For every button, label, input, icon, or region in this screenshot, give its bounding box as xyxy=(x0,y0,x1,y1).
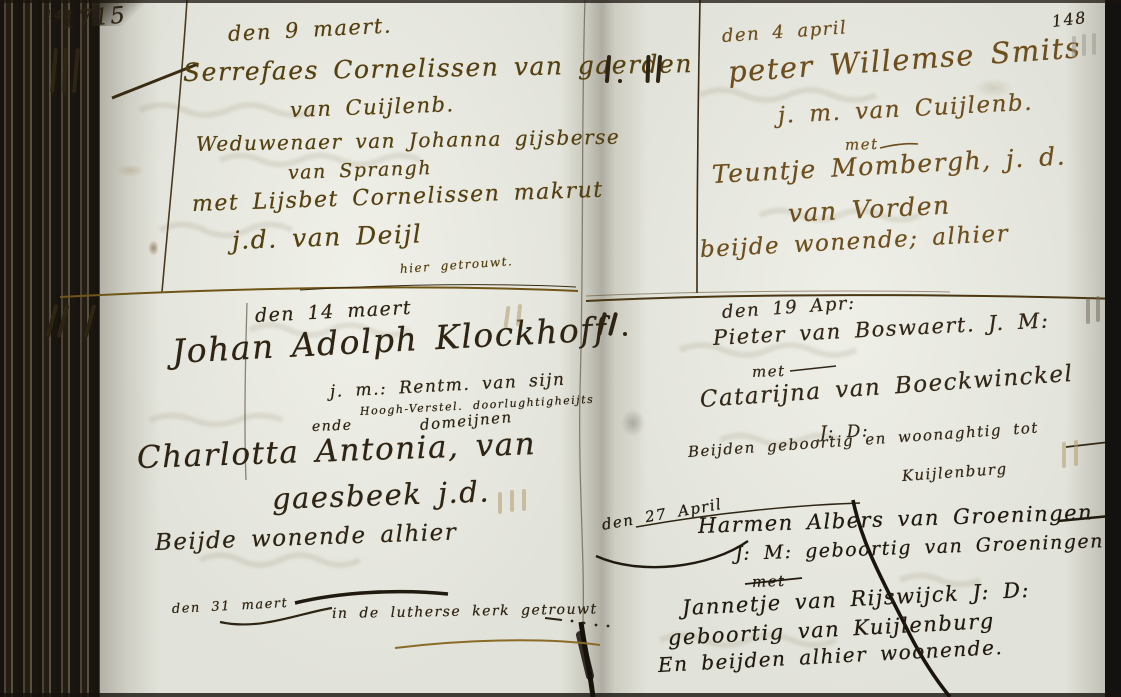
faint-tally-stain xyxy=(1086,298,1090,324)
tally-stroke xyxy=(646,55,651,83)
tally-marks-left-entry2 xyxy=(50,304,92,338)
faint-tally-stain xyxy=(510,490,514,512)
tally-marks-right-entry1 xyxy=(606,55,661,83)
tally-stroke xyxy=(50,48,58,93)
faint-tally-stain xyxy=(1074,440,1078,466)
tally-stroke xyxy=(57,304,70,338)
top-book-edge xyxy=(0,0,1121,3)
faint-tally-stain xyxy=(1096,296,1100,322)
faint-tally-stain xyxy=(522,489,526,511)
ink-stain xyxy=(148,240,159,256)
faint-tally-stain xyxy=(498,492,502,514)
bottom-book-edge xyxy=(0,693,1121,697)
tally-stroke xyxy=(62,48,68,93)
tally-marks-right-entry2 xyxy=(600,312,628,336)
ink-speckle-stain xyxy=(620,408,646,438)
tally-gap xyxy=(630,55,639,56)
tally-stroke xyxy=(605,55,611,83)
tally-marks-left-entry1 xyxy=(52,48,78,93)
conjunction-met: met xyxy=(752,572,786,591)
faint-tally-stain xyxy=(1082,34,1086,56)
faint-tally-stain xyxy=(1072,36,1076,58)
tally-stroke xyxy=(608,312,618,336)
faint-tally-stain xyxy=(1092,33,1096,55)
marriage-register-spread: 147 1715 den 9 maert. Serrefaes Cornelis… xyxy=(0,0,1121,697)
right-page-edge xyxy=(1105,0,1121,697)
faint-tally-stain xyxy=(1062,442,1066,468)
book-binding-page-edges xyxy=(0,0,100,697)
paper-stain xyxy=(116,164,144,177)
tally-dot xyxy=(618,79,622,83)
conjunction-met: met xyxy=(752,362,786,381)
paper-stain xyxy=(972,78,1014,98)
tally-gap xyxy=(72,304,81,305)
tally-dot xyxy=(623,332,627,336)
